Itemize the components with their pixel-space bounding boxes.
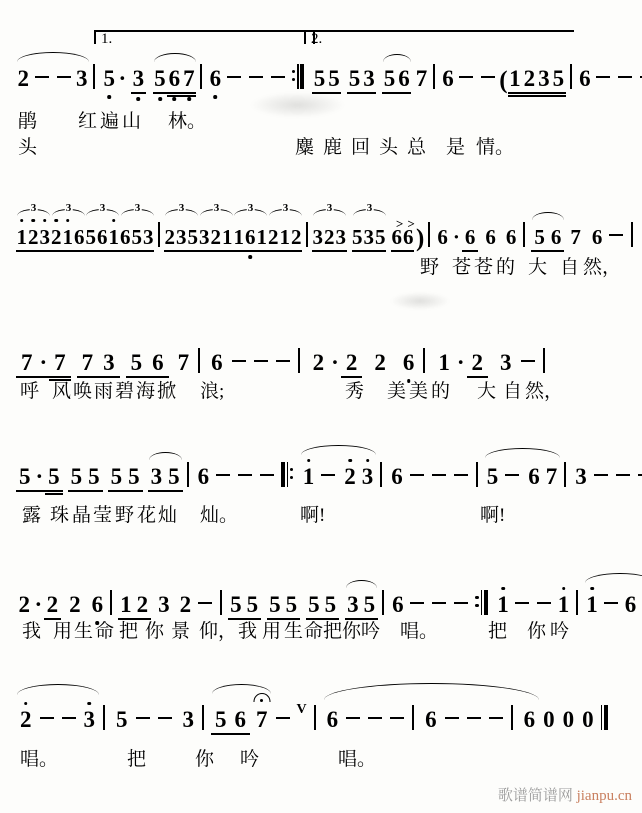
lyric-syllable: 林。 <box>168 106 206 133</box>
note: 5 <box>531 224 548 252</box>
note: 2 <box>341 464 359 490</box>
double-beam-underline <box>508 95 523 97</box>
barline <box>306 222 308 247</box>
slur <box>149 452 182 460</box>
triplet-bracket: 3 <box>200 209 233 216</box>
lyric-syllable: 苍 <box>474 252 493 279</box>
note: 3 <box>143 224 155 252</box>
lyric-syllable: 美 <box>409 376 428 403</box>
note: 5 <box>551 66 566 94</box>
double-beam-underline <box>45 493 63 495</box>
lyric-syllable: 你 <box>342 616 361 643</box>
note: 6> <box>403 224 415 252</box>
octave-dot-high <box>66 219 70 223</box>
lyric-syllable: 露 <box>22 500 41 527</box>
note: 6 <box>323 707 343 733</box>
lyric-syllable: 唱。 <box>400 616 438 643</box>
note: 3 <box>75 66 90 92</box>
double-beam-underline <box>167 95 182 97</box>
note: 1 <box>508 66 523 94</box>
double-beam-underline <box>522 95 537 97</box>
barline <box>187 462 189 487</box>
duration-dash <box>609 234 623 236</box>
note: 6 <box>622 592 639 618</box>
note: 5 <box>187 224 199 252</box>
triplet-number: 3 <box>246 203 255 213</box>
note: 0 <box>559 707 579 733</box>
triplet-number: 3 <box>177 203 186 213</box>
barline <box>110 590 112 615</box>
lyric-syllable: 的 <box>496 252 515 279</box>
print-smudge <box>390 292 450 310</box>
double-beam-underline <box>551 95 566 97</box>
duration-dash <box>232 360 246 362</box>
note: 3 <box>495 350 517 376</box>
note: 0 <box>539 707 559 733</box>
triplet-bracket: 3 <box>52 209 85 216</box>
duration-dash <box>432 474 446 476</box>
note: 6 <box>548 224 565 252</box>
note: 6 <box>97 224 109 252</box>
note: 6 <box>195 464 213 490</box>
note: 3 <box>148 464 166 492</box>
note: 5 <box>112 707 132 733</box>
lyric-syllable: 掀 <box>157 376 176 403</box>
lyric-syllable: 你 <box>527 616 546 643</box>
lyric-syllable: 命 <box>304 616 323 643</box>
lyric-syllable: 仰， <box>199 616 237 643</box>
barline <box>93 64 95 89</box>
lyric-syllable: 晶 <box>72 500 91 527</box>
thin-bar <box>481 590 483 615</box>
triplet-bracket: 3 <box>86 209 119 216</box>
note: 2 <box>268 224 280 252</box>
note: 2 <box>369 350 391 376</box>
barline <box>202 705 204 730</box>
octave-dot-high <box>87 702 91 706</box>
parenthesis: ( <box>499 67 507 94</box>
augmentation-dot: · <box>33 592 45 618</box>
note: 5 <box>85 224 97 252</box>
lyric-syllable: 鹃 <box>18 106 37 133</box>
lyric-syllable: 把 <box>119 616 138 643</box>
note-row: 1232165616532353211612123235356>6>)6·666… <box>16 222 637 253</box>
lyric-syllable: 海 <box>136 376 155 403</box>
lyric-syllable: 头 <box>18 132 37 159</box>
note: 3 <box>359 464 377 490</box>
note: 1 <box>108 224 120 252</box>
duration-dash <box>604 602 618 604</box>
lyric-syllable: 浪; <box>200 376 224 403</box>
note: 7 <box>414 66 429 92</box>
lyric-syllable: 鹿 <box>323 132 342 159</box>
duration-dash <box>537 602 551 604</box>
note: 3 <box>537 66 552 94</box>
triplet-number: 3 <box>325 203 334 213</box>
note: 7 <box>182 66 197 94</box>
octave-dot-low <box>248 255 252 259</box>
duration-dash <box>216 474 230 476</box>
duration-dash <box>227 76 241 78</box>
barline <box>412 705 414 730</box>
repeat-end-barline <box>475 590 488 615</box>
lyric-syllable: 是 <box>446 132 465 159</box>
octave-dot-high <box>366 459 370 463</box>
barline <box>198 348 200 373</box>
note: 6 <box>167 66 182 94</box>
thin-bar <box>601 705 603 730</box>
lyric-syllable: 秀 <box>345 376 364 403</box>
lyric-syllable: 美 <box>387 376 406 403</box>
duration-dash <box>454 602 468 604</box>
lyric-syllable: 用 <box>262 616 281 643</box>
octave-dot-high <box>348 459 352 463</box>
note: 7 <box>16 350 38 378</box>
lyric-syllable: 吟 <box>240 744 259 771</box>
duration-dash <box>638 474 642 476</box>
lyric-syllable: 自 <box>560 252 579 279</box>
note: 5 <box>312 66 327 94</box>
lyric-syllable: 唱。 <box>338 744 376 771</box>
volta-label: 1. <box>101 31 112 48</box>
volta-bracket: 2. <box>304 30 574 44</box>
lyric-syllable: 景 <box>171 616 190 643</box>
note: 3 <box>363 224 375 252</box>
duration-dash <box>410 474 424 476</box>
lyric-syllable: 唱。 <box>20 744 58 771</box>
note: 5 <box>347 66 362 94</box>
note: 2 <box>28 224 40 252</box>
triplet-number: 3 <box>29 203 38 213</box>
lyric-syllable: 灿 <box>158 500 177 527</box>
note: 3 <box>335 224 347 252</box>
note: 3 <box>131 66 146 94</box>
note: 5 <box>484 464 502 490</box>
thin-bar <box>297 64 299 89</box>
barline <box>200 64 202 89</box>
note: 0 <box>578 707 598 733</box>
watermark-site-name: 歌谱简谱网 <box>498 788 573 804</box>
note: 2 <box>51 224 63 252</box>
lyric-syllable: 莹 <box>93 500 112 527</box>
octave-dot-low <box>137 97 141 101</box>
duration-dash <box>57 76 71 78</box>
lyric-syllable: 大 <box>528 252 547 279</box>
note: 2 <box>16 707 36 733</box>
note: 3 <box>199 224 211 252</box>
repeat-dots <box>475 590 479 615</box>
barline <box>631 222 633 247</box>
lyric-syllable: 野 <box>420 252 439 279</box>
note-row: 235·3567655535676(12356 <box>16 64 642 95</box>
lyric-syllable: 总 <box>407 132 426 159</box>
lyric-syllable: 吟 <box>550 616 569 643</box>
lyric-syllable: 花 <box>137 500 156 527</box>
duration-dash <box>368 717 382 719</box>
note: 6 <box>208 66 223 92</box>
lyric-syllable: 回 <box>351 132 370 159</box>
lyric-syllable: 灿。 <box>200 500 238 527</box>
duration-dash <box>346 717 360 719</box>
note: 6 <box>74 224 86 252</box>
lyric-syllable: 你 <box>145 616 164 643</box>
volta-bracket: 1. <box>94 30 315 44</box>
note: 6 <box>441 66 456 92</box>
augmentation-dot: · <box>329 350 341 376</box>
final-barline <box>601 705 608 730</box>
note: 6> <box>391 224 403 252</box>
note: 3 <box>312 224 324 252</box>
octave-dot-high <box>31 219 35 223</box>
note: 6 <box>503 224 520 250</box>
duration-dash <box>62 717 76 719</box>
lyric-syllable: 我 <box>22 616 41 643</box>
slur <box>485 448 560 458</box>
duration-dash <box>445 717 459 719</box>
duration-dash <box>594 474 608 476</box>
lyric-syllable: 然， <box>525 376 563 403</box>
note: 1 <box>233 224 245 252</box>
note: 1 <box>16 224 28 252</box>
lyric-syllable: 雨 <box>94 376 113 403</box>
barline <box>380 462 382 487</box>
duration-dash <box>35 76 49 78</box>
duration-dash <box>481 76 495 78</box>
thick-bar <box>300 64 304 89</box>
duration-dash <box>432 602 446 604</box>
barline <box>476 462 478 487</box>
barline <box>570 64 572 89</box>
triplet-number: 3 <box>365 203 374 213</box>
lyric-syllable: 唤 <box>73 376 92 403</box>
note: 6 <box>397 66 412 94</box>
octave-dot-low <box>107 95 111 99</box>
note: 6 <box>578 66 593 92</box>
note: 7 <box>77 350 99 378</box>
watermark: 歌谱简谱网 jianpu.cn <box>498 784 632 805</box>
note: 6 <box>206 350 228 376</box>
note: 7 <box>567 224 584 250</box>
octave-dot-high <box>20 219 24 223</box>
repeat-begin-barline <box>281 462 294 487</box>
octave-dot-high <box>24 702 28 706</box>
watermark-site-url: jianpu.cn <box>577 788 632 804</box>
barline <box>576 590 578 615</box>
lyric-syllable: 风 <box>52 376 71 403</box>
duration-dash <box>410 602 424 604</box>
note: 6 <box>421 707 441 733</box>
print-smudge <box>250 92 345 118</box>
note: 5 <box>211 707 231 735</box>
slur <box>532 212 564 220</box>
duration-dash <box>489 717 503 719</box>
barline <box>543 348 545 373</box>
octave-dot-high <box>307 459 311 463</box>
repeat-end-barline <box>292 64 305 89</box>
duration-dash <box>521 360 535 362</box>
duration-dash <box>254 360 268 362</box>
lyric-syllable: 我 <box>238 616 257 643</box>
octave-dot-low <box>214 95 218 99</box>
lyric-syllable: 红 <box>78 106 97 133</box>
accent-icon: > <box>407 211 414 237</box>
triplet-bracket: 3 <box>313 209 346 216</box>
note: 1 <box>62 224 74 252</box>
triplet-number: 3 <box>281 203 290 213</box>
note: 6 <box>120 224 132 252</box>
note: 6 <box>462 224 479 252</box>
note: 5 <box>16 464 34 492</box>
note: 5 <box>126 350 148 378</box>
duration-dash <box>459 76 473 78</box>
duration-dash <box>467 717 481 719</box>
thick-bar <box>484 590 488 615</box>
note: 7 <box>173 350 195 376</box>
note: 7 <box>543 464 561 490</box>
note: 2 <box>210 224 222 252</box>
lyric-syllable: 苍 <box>452 252 471 279</box>
note: 5 <box>85 464 103 492</box>
thick-bar <box>604 705 608 730</box>
lyric-syllable: 把 <box>127 744 146 771</box>
lyric-syllable: 大 <box>477 376 496 403</box>
note: 1 <box>256 224 268 252</box>
triplet-bracket: 3 <box>234 209 267 216</box>
note: 3 <box>80 707 100 733</box>
lyric-syllable: 头 <box>379 132 398 159</box>
note: 5 <box>125 464 143 492</box>
note: 2 <box>291 224 303 252</box>
duration-dash <box>40 717 54 719</box>
lyric-syllable: 生 <box>284 616 303 643</box>
octave-dot-low <box>187 97 191 101</box>
note: 3 <box>156 592 173 618</box>
note: 6 <box>390 592 407 618</box>
note: 2 <box>324 224 336 252</box>
lyric-syllable: 山 <box>122 106 141 133</box>
barline <box>511 705 513 730</box>
augmentation-dot: · <box>34 464 46 492</box>
triplet-number: 3 <box>98 203 107 213</box>
note-row: 7·77356762·2261·23 <box>16 348 549 378</box>
note: 5 <box>68 464 86 492</box>
note: 5 <box>108 464 126 492</box>
note: 5 <box>327 66 342 94</box>
duration-dash <box>271 76 285 78</box>
note: 6 <box>89 592 106 618</box>
note: 1 <box>584 592 601 618</box>
note: 7 <box>252 707 272 733</box>
repeat-dots <box>290 462 294 487</box>
lyric-syllable: 啊! <box>480 500 505 527</box>
duration-dash <box>260 474 274 476</box>
note: 6 <box>231 707 251 735</box>
duration-dash <box>158 717 172 719</box>
octave-dot-high <box>562 587 566 591</box>
barline <box>433 64 435 89</box>
note: 6 <box>398 350 420 376</box>
note-row: 2353567V666000 <box>16 702 611 735</box>
note-row: 5·5555535612365673 <box>16 462 642 492</box>
duration-dash <box>249 76 263 78</box>
note: 2 <box>16 592 33 618</box>
note: 6 <box>434 224 451 250</box>
barline <box>382 590 384 615</box>
octave-dot-high <box>501 587 505 591</box>
lyric-syllable: 生 <box>74 616 93 643</box>
octave-dot-high <box>54 219 58 223</box>
slur <box>383 54 411 62</box>
note: 2 <box>308 350 330 376</box>
duration-dash <box>596 76 610 78</box>
lyric-syllable: 碧 <box>115 376 134 403</box>
lyric-syllable: 珠 <box>50 500 69 527</box>
augmentation-dot: · <box>38 350 50 378</box>
triplet-number: 3 <box>133 203 142 213</box>
note: 3 <box>572 464 590 490</box>
note: 1 <box>555 592 572 618</box>
note: 5 <box>382 66 397 94</box>
note: 6 <box>520 707 540 733</box>
note: 5 <box>375 224 387 252</box>
fermata-icon <box>253 693 270 702</box>
lyric-syllable: 的 <box>431 376 450 403</box>
triplet-bracket: 3 <box>269 209 302 216</box>
slur <box>301 445 376 455</box>
thick-bar <box>281 462 285 487</box>
augmentation-dot: · <box>117 66 129 92</box>
double-beam-underline <box>182 95 197 97</box>
slur <box>324 683 539 700</box>
note: 5 <box>153 66 168 94</box>
lyric-syllable: 把 <box>323 616 342 643</box>
note: 5 <box>131 224 143 252</box>
lyric-syllable: 把 <box>488 616 507 643</box>
note: 1 <box>433 350 455 376</box>
duration-dash <box>616 474 630 476</box>
barline <box>428 222 430 247</box>
barline <box>220 590 222 615</box>
thin-bar <box>287 462 289 487</box>
slur <box>346 580 377 588</box>
lyric-syllable: 啊! <box>300 500 325 527</box>
repeat-dots <box>292 64 296 89</box>
barline <box>314 705 316 730</box>
octave-dot-high <box>590 587 594 591</box>
note: 2 <box>522 66 537 94</box>
note: 6 <box>147 350 169 378</box>
slur <box>154 53 196 62</box>
note: 2 <box>177 592 194 618</box>
note: 6 <box>589 224 606 250</box>
lyric-syllable: 野 <box>115 500 134 527</box>
note: 1 <box>495 592 512 618</box>
barline <box>103 705 105 730</box>
note: 2 <box>67 592 84 618</box>
lyric-syllable: 情。 <box>476 132 514 159</box>
note: 3 <box>98 350 120 378</box>
note: 5 <box>352 224 364 252</box>
barline <box>298 348 300 373</box>
duration-dash <box>390 717 404 719</box>
duration-dash <box>276 717 290 719</box>
octave-dot-low <box>173 97 177 101</box>
duration-dash <box>321 474 335 476</box>
triplet-bracket: 3 <box>121 209 154 216</box>
triplet-number: 3 <box>212 203 221 213</box>
duration-dash <box>454 474 468 476</box>
augmentation-dot: · <box>455 350 467 376</box>
